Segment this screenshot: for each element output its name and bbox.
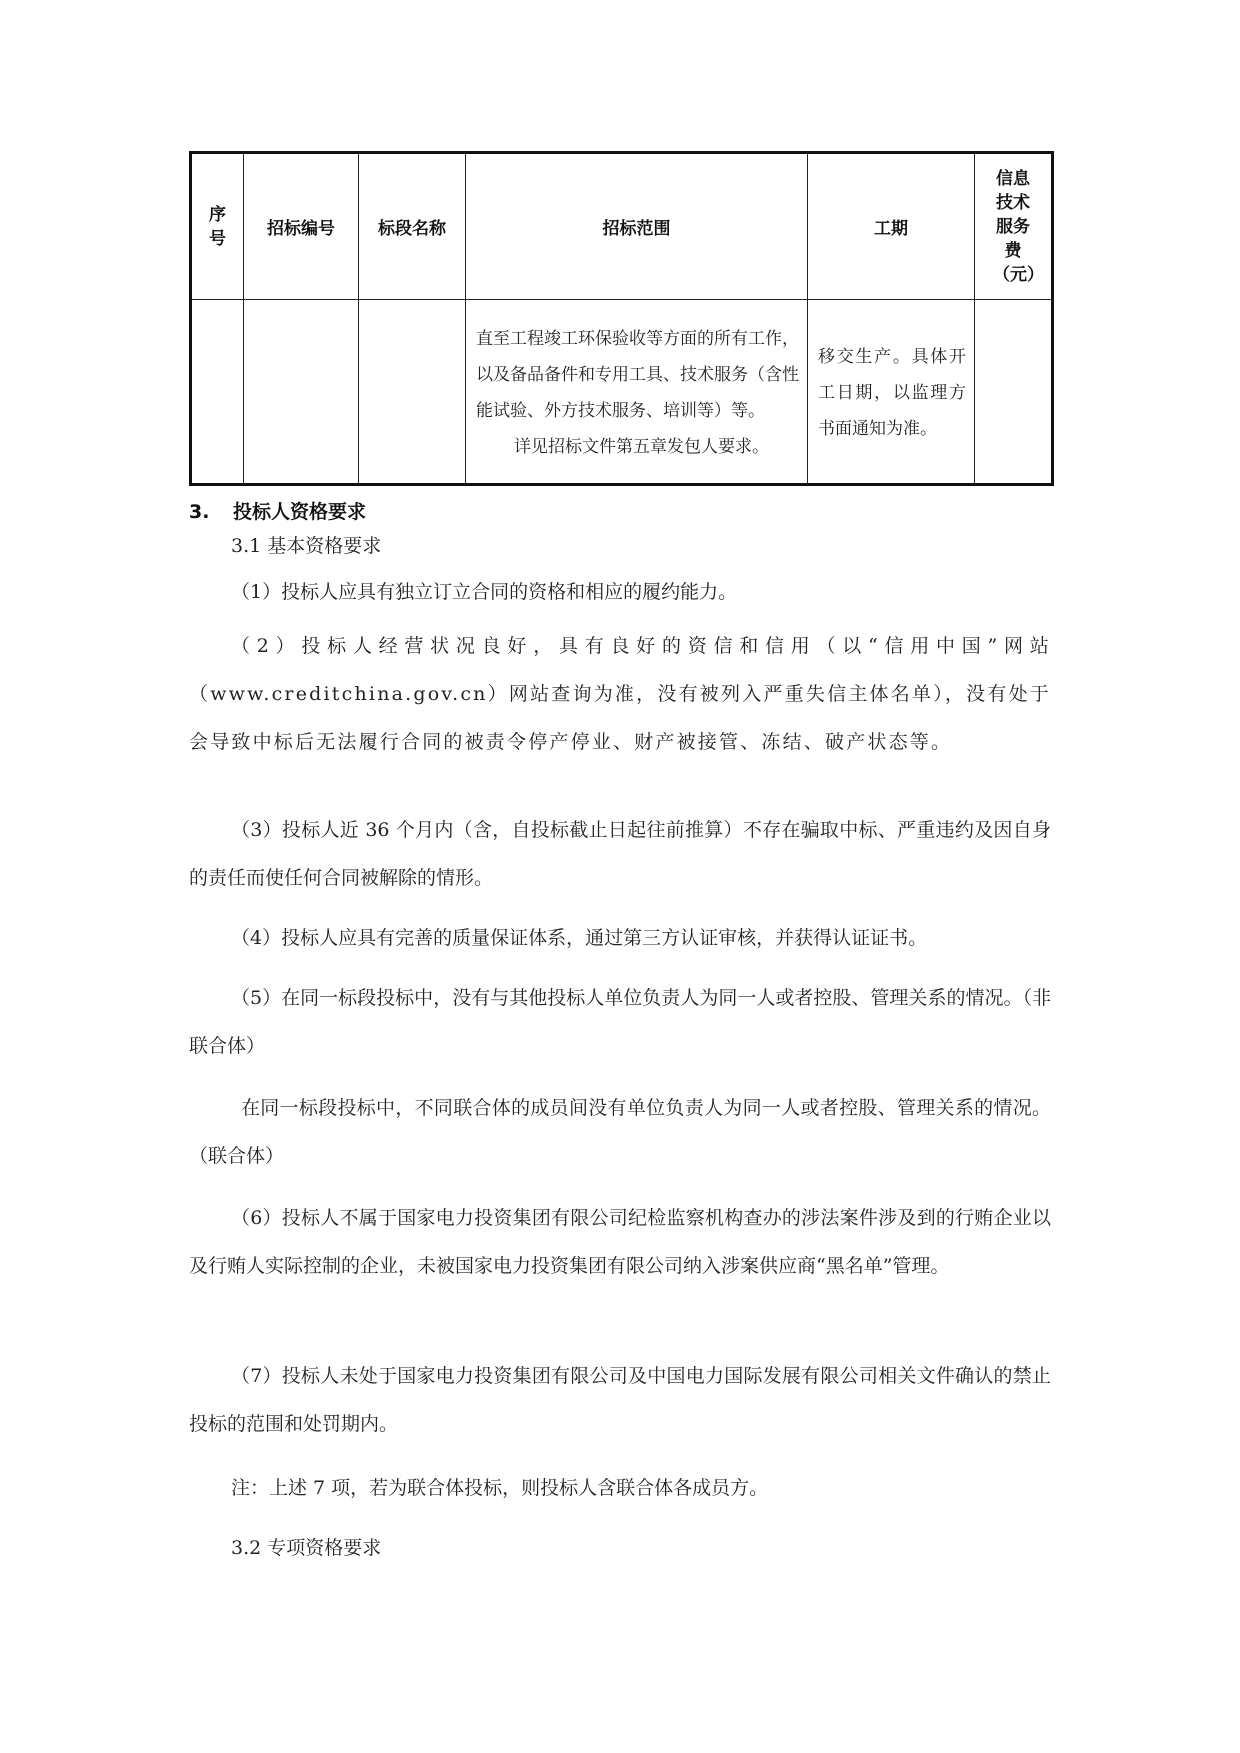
header-seq: 序号 (191, 153, 244, 300)
header-scope: 招标范围 (466, 153, 808, 300)
requirement-item-4: （4）投标人应具有完善的质量保证体系，通过第三方认证审核，并获得认证证书。 (189, 914, 1051, 962)
cell-section-name (359, 300, 466, 485)
header-fee: 信息技术服务费（元） (975, 153, 1053, 300)
subsection-title-3-2: 3.2 专项资格要求 (189, 1524, 1051, 1572)
requirement-item-5-consortium: 在同一标段投标中，不同联合体的成员间没有单位负责人为同一人或者控股、管理关系的情… (189, 1084, 1051, 1180)
requirement-item-2: （2）投标人经营状况良好，具有良好的资信和信用（以“信用中国”网站（www.cr… (189, 622, 1051, 766)
header-bid-number: 招标编号 (244, 153, 359, 300)
section-title: 投标人资格要求 (233, 501, 366, 523)
scope-note: 详见招标文件第五章发包人要求。 (476, 429, 799, 465)
cell-seq (191, 300, 244, 485)
requirement-item-3: （3）投标人近 36 个月内（含，自投标截止日起往前推算）不存在骗取中标、严重违… (189, 806, 1051, 902)
requirement-note: 注：上述 7 项，若为联合体投标，则投标人含联合体各成员方。 (189, 1464, 1051, 1512)
bid-section-table: 序号 招标编号 标段名称 招标范围 工期 信息技术服务费（元） 直至工程竣工环保… (189, 151, 1054, 486)
subsection-title-3-1: 3.1 基本资格要求 (189, 522, 1051, 570)
table-header-row: 序号 招标编号 标段名称 招标范围 工期 信息技术服务费（元） (191, 153, 1053, 300)
header-period: 工期 (808, 153, 975, 300)
requirement-item-6: （6）投标人不属于国家电力投资集团有限公司纪检监察机构查办的涉法案件涉及到的行贿… (189, 1194, 1051, 1290)
requirement-item-5: （5）在同一标段投标中，没有与其他投标人单位负责人为同一人或者控股、管理关系的情… (189, 974, 1051, 1070)
requirement-item-1: （1）投标人应具有独立订立合同的资格和相应的履约能力。 (189, 568, 1051, 616)
header-section-name: 标段名称 (359, 153, 466, 300)
cell-bid-number (244, 300, 359, 485)
section-heading: 3.投标人资格要求 (189, 497, 366, 524)
requirement-item-7: （7）投标人未处于国家电力投资集团有限公司及中国电力国际发展有限公司相关文件确认… (189, 1352, 1051, 1448)
cell-period: 移交生产。具体开工日期，以监理方书面通知为准。 (808, 300, 975, 485)
section-number: 3. (189, 501, 233, 523)
document-page: 序号 招标编号 标段名称 招标范围 工期 信息技术服务费（元） 直至工程竣工环保… (0, 0, 1240, 1753)
period-text: 移交生产。具体开工日期，以监理方书面通知为准。 (808, 337, 974, 447)
cell-scope: 直至工程竣工环保验收等方面的所有工作，以及备品备件和专用工具、技术服务（含性能试… (466, 300, 808, 485)
table-row: 直至工程竣工环保验收等方面的所有工作，以及备品备件和专用工具、技术服务（含性能试… (191, 300, 1053, 485)
scope-text: 直至工程竣工环保验收等方面的所有工作，以及备品备件和专用工具、技术服务（含性能试… (476, 329, 799, 421)
cell-fee (975, 300, 1053, 485)
